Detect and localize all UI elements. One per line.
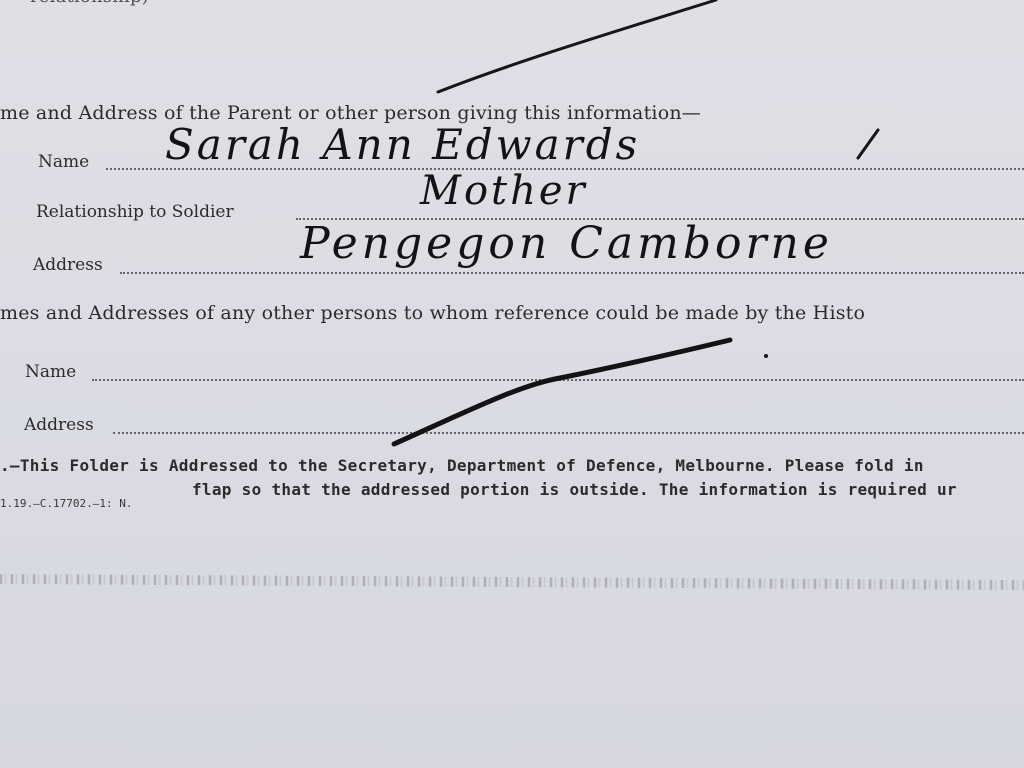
ink-dot <box>764 354 768 358</box>
document-page: relationship) me and Address of the Pare… <box>0 0 1024 768</box>
pen-strokes <box>0 0 1024 768</box>
cancel-stroke-section2 <box>394 340 730 444</box>
edwards-flourish <box>858 130 878 158</box>
cancel-stroke-top <box>438 0 716 92</box>
